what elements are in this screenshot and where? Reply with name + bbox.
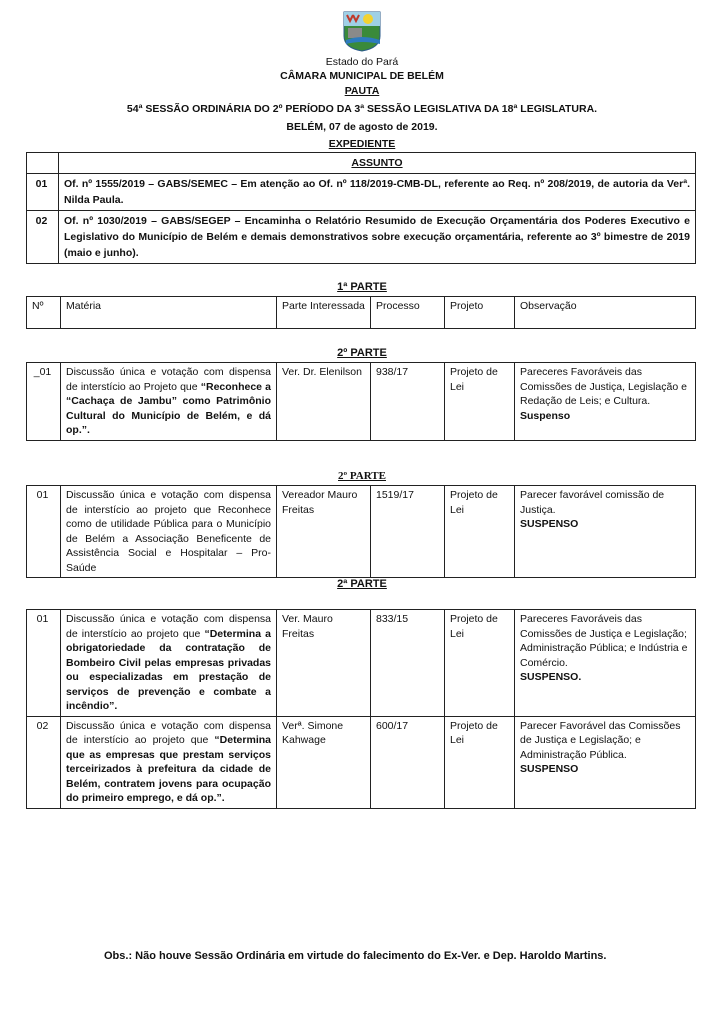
observation-text: Parecer Favorável das Comissões de Justi…: [520, 720, 680, 761]
row-projeto: Projeto de Lei: [445, 486, 515, 578]
row-processo: 600/17: [371, 716, 445, 808]
row-observacao: Pareceres Favoráveis das Comissões de Ju…: [515, 610, 696, 717]
materia-bold-text: “Determina a obrigatoriedade da contrata…: [66, 628, 271, 713]
row-subject: Of. nº 1030/2019 – GABS/SEGEP – Encaminh…: [59, 211, 696, 264]
table-row: 01 Discussão única e votação com dispens…: [27, 486, 696, 578]
state-name: Estado do Pará: [0, 56, 724, 69]
column-header-processo: Processo: [371, 297, 445, 329]
doc-type: PAUTA: [0, 85, 724, 98]
row-number: 01: [27, 174, 59, 211]
row-parte: Vereador Mauro Freitas: [277, 486, 371, 578]
footer-observation: Obs.: Não houve Sessão Ordinária em virt…: [104, 948, 624, 965]
observation-text: Parecer favorável comissão de Justiça.: [520, 489, 664, 516]
part-1-table: Nº Matéria Parte Interessada Processo Pr…: [26, 296, 696, 329]
observation-text: Pareceres Favoráveis das Comissões de Ju…: [520, 613, 688, 669]
row-number: 02: [27, 211, 59, 264]
table-row: 01 Discussão única e votação com dispens…: [27, 610, 696, 717]
row-materia: Discussão única e votação com dispensa d…: [61, 363, 277, 441]
status-badge: SUSPENSO.: [520, 671, 581, 683]
table-row: 01 Of. nº 1555/2019 – GABS/SEMEC – Em at…: [27, 174, 696, 211]
row-processo: 1519/17: [371, 486, 445, 578]
session-date: BELÉM, 07 de agosto de 2019.: [0, 121, 724, 134]
status-badge: Suspenso: [520, 410, 570, 422]
row-observacao: Pareceres Favoráveis das Comissões de Ju…: [515, 363, 696, 441]
empty-cell: [27, 153, 59, 174]
row-parte: Ver. Mauro Freitas: [277, 610, 371, 717]
column-header-materia: Matéria: [61, 297, 277, 329]
table-row: _01 Discussão única e votação com dispen…: [27, 363, 696, 441]
part-1-title: 1ª PARTE: [0, 281, 724, 293]
table-row: 02 Of. nº 1030/2019 – GABS/SEGEP – Encam…: [27, 211, 696, 264]
part-2c-table: 01 Discussão única e votação com dispens…: [26, 609, 696, 809]
row-materia: Discussão única e votação com dispensa d…: [61, 716, 277, 808]
session-title: 54ª SESSÃO ORDINÁRIA DO 2º PERÍODO DA 3ª…: [0, 103, 724, 116]
chamber-name: CÂMARA MUNICIPAL DE BELÉM: [0, 70, 724, 83]
row-projeto: Projeto de Lei: [445, 716, 515, 808]
part-2c-title: 2ª PARTE: [0, 578, 724, 590]
row-processo: 938/17: [371, 363, 445, 441]
part-2a-table: _01 Discussão única e votação com dispen…: [26, 362, 696, 441]
row-projeto: Projeto de Lei: [445, 363, 515, 441]
row-observacao: Parecer Favorável das Comissões de Justi…: [515, 716, 696, 808]
table-row: 02 Discussão única e votação com dispens…: [27, 716, 696, 808]
expediente-table: ASSUNTO 01 Of. nº 1555/2019 – GABS/SEMEC…: [26, 152, 696, 264]
row-number: 01: [27, 486, 61, 578]
row-parte: Ver. Dr. Elenilson: [277, 363, 371, 441]
row-observacao: Parecer favorável comissão de Justiça.SU…: [515, 486, 696, 578]
column-header-number: Nº: [27, 297, 61, 329]
section-title: EXPEDIENTE: [0, 138, 724, 151]
status-badge: SUSPENSO: [520, 518, 578, 530]
row-number: _01: [27, 363, 61, 441]
column-header-parte: Parte Interessada: [277, 297, 371, 329]
column-header-projeto: Projeto: [445, 297, 515, 329]
row-subject: Of. nº 1555/2019 – GABS/SEMEC – Em atenç…: [59, 174, 696, 211]
part-2a-title: 2º PARTE: [0, 347, 724, 359]
municipal-crest-icon: [342, 10, 382, 52]
row-number: 01: [27, 610, 61, 717]
part-2b-table: 01 Discussão única e votação com dispens…: [26, 485, 696, 578]
column-header-observacao: Observação: [515, 297, 696, 329]
row-parte: Verª. Simone Kahwage: [277, 716, 371, 808]
column-header-assunto: ASSUNTO: [59, 153, 696, 174]
observation-text: Pareceres Favoráveis das Comissões de Ju…: [520, 366, 687, 407]
row-projeto: Projeto de Lei: [445, 610, 515, 717]
row-number: 02: [27, 716, 61, 808]
status-badge: SUSPENSO: [520, 763, 578, 775]
row-processo: 833/15: [371, 610, 445, 717]
part-2b-title: 2º PARTE: [0, 470, 724, 482]
row-materia: Discussão única e votação com dispensa d…: [61, 610, 277, 717]
row-materia: Discussão única e votação com dispensa d…: [61, 486, 277, 578]
